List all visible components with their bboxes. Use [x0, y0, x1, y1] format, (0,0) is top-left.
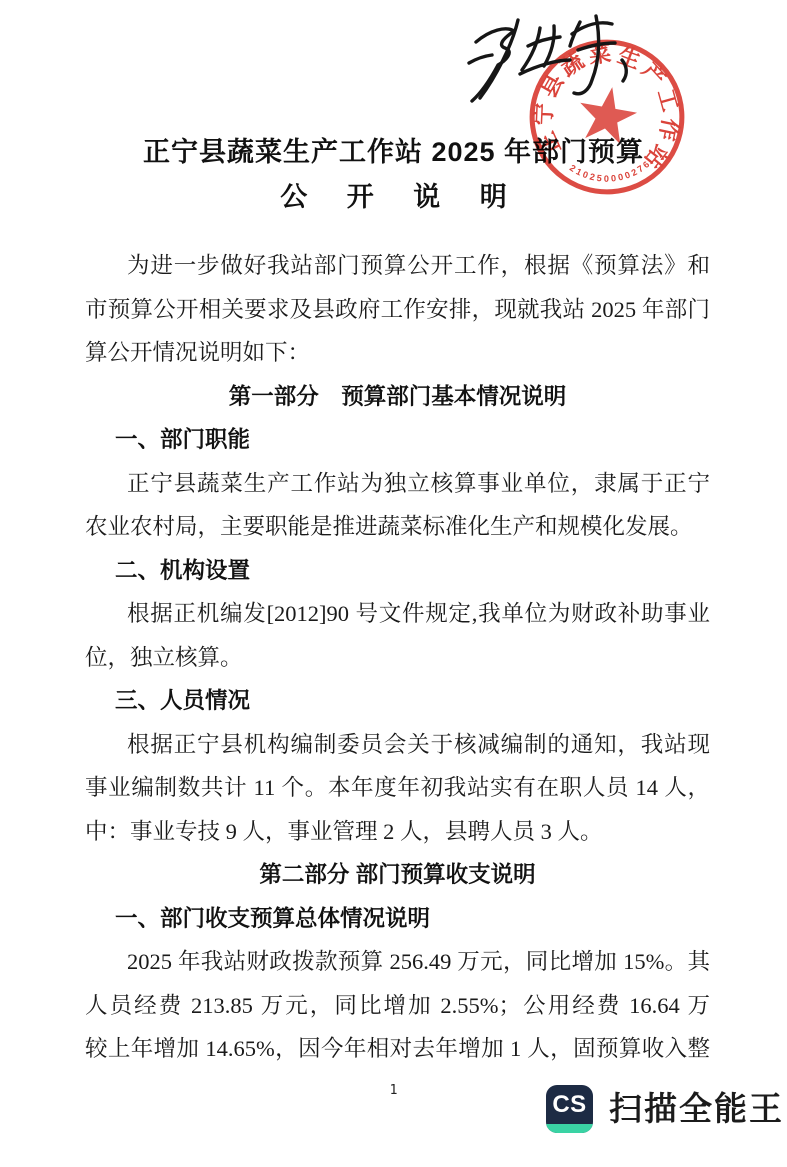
camscanner-icon-accent-strip: [546, 1124, 593, 1133]
sub-heading: 三、人员情况: [85, 679, 710, 723]
document-line: 较上年增加 14.65%，因今年相对去年增加 1 人，固预算收入整体: [85, 1027, 710, 1071]
document-line: 2025 年我站财政拨款预算 256.49 万元，同比增加 15%。其中：: [85, 940, 710, 984]
handwritten-signature: [462, 8, 640, 110]
document-line: 为进一步做好我站部门预算公开工作，根据《预算法》和省、: [85, 244, 710, 288]
camscanner-label: 扫描全能王: [609, 1085, 784, 1133]
sub-heading: 一、部门收支预算总体情况说明: [85, 897, 710, 941]
document-line: 事业编制数共计 11 个。本年度年初我站实有在职人员 14 人，其: [85, 766, 710, 810]
document-line: 中：事业专技 9 人，事业管理 2 人，县聘人员 3 人。: [85, 810, 710, 854]
camscanner-icon: CS: [546, 1085, 593, 1133]
document-line: 根据正机编发[2012]90 号文件规定,我单位为财政补助事业单: [85, 592, 710, 636]
sub-heading: 一、部门职能: [85, 418, 710, 462]
sub-heading: 二、机构设置: [85, 549, 710, 593]
document-line: 人员经费 213.85 万元，同比增加 2.55%；公用经费 16.64 万元，: [85, 984, 710, 1028]
document-line: 市预算公开相关要求及县政府工作安排，现就我站 2025 年部门预: [85, 288, 710, 332]
camscanner-icon-letters: CS: [546, 1085, 593, 1124]
document-body: 为进一步做好我站部门预算公开工作，根据《预算法》和省、 市预算公开相关要求及县政…: [85, 244, 710, 1071]
document-line: 农业农村局，主要职能是推进蔬菜标准化生产和规模化发展。: [85, 505, 710, 549]
document-line: 算公开情况说明如下：: [85, 331, 710, 375]
document-line: 根据正宁县机构编制委员会关于核减编制的通知，我站现有: [85, 723, 710, 767]
scanned-document-page: 正宁县蔬菜生产工作站 2025 年部门预算 公 开 说 明 为进一步做好我站部门…: [0, 0, 787, 1167]
camscanner-watermark: CS 扫描全能王: [546, 1085, 784, 1133]
document-line: 正宁县蔬菜生产工作站为独立核算事业单位，隶属于正宁县: [85, 462, 710, 506]
document-line: 位，独立核算。: [85, 636, 710, 680]
section-heading: 第一部分 预算部门基本情况说明: [85, 375, 710, 419]
signature-strokes: [469, 16, 626, 101]
section-heading: 第二部分 部门预算收支说明: [85, 853, 710, 897]
